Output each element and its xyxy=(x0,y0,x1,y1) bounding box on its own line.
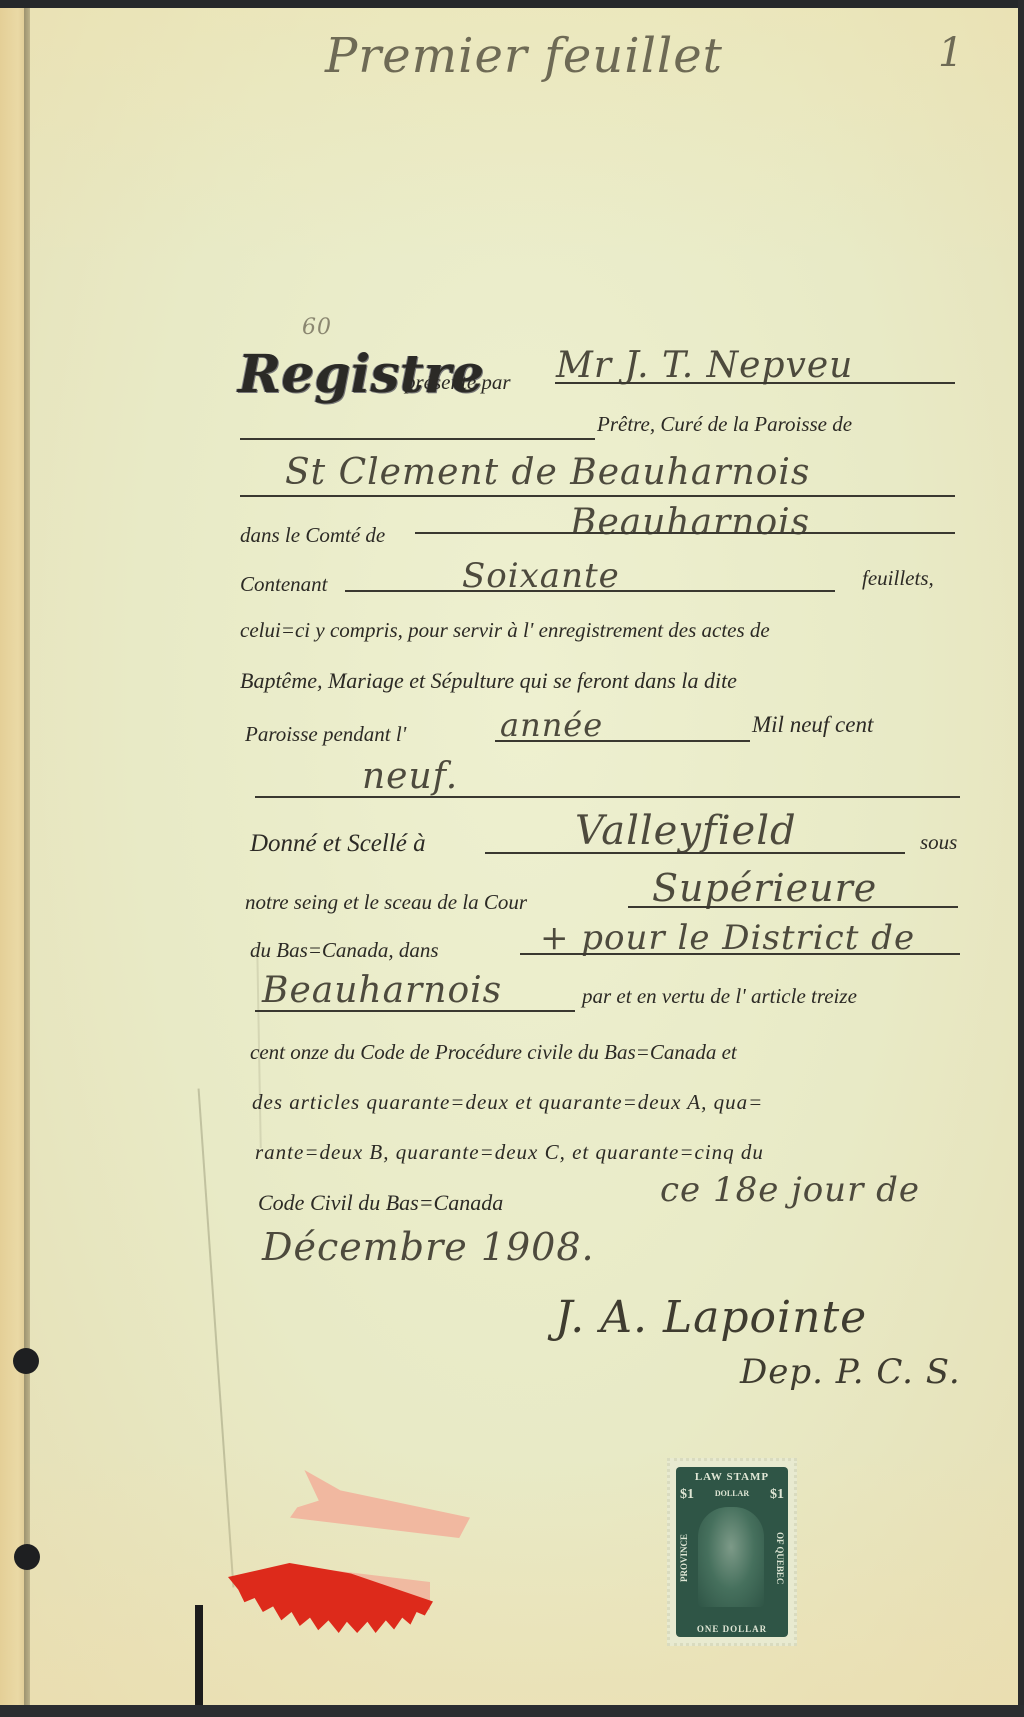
scan-border-top xyxy=(0,0,1024,8)
form-text-line17: Code Civil du Bas=Canada xyxy=(258,1190,503,1216)
fold-crease xyxy=(198,1089,235,1588)
form-rule xyxy=(240,438,595,440)
law-stamp-side-left: PROVINCE xyxy=(679,1513,693,1603)
scan-border-bottom xyxy=(0,1705,1024,1717)
form-rule xyxy=(555,382,955,384)
form-rule xyxy=(255,796,960,798)
form-text-line12: du Bas=Canada, dans xyxy=(250,938,439,963)
law-stamp: LAW STAMP $1 DOLLAR $1 PROVINCE OF QUEBE… xyxy=(667,1458,797,1646)
field-district-name: Beauharnois xyxy=(262,970,502,1011)
margin-note: 60 xyxy=(302,315,332,340)
form-text-line16: rante=deux B, quarante=deux C, et quaran… xyxy=(255,1140,764,1165)
punch-hole xyxy=(13,1348,39,1374)
form-text-line13: par et en vertu de l' article treize xyxy=(582,984,857,1009)
register-page xyxy=(30,8,1018,1705)
field-paroisse: St Clement de Beauharnois xyxy=(285,452,810,493)
form-text-line14: cent onze du Code de Procédure civile du… xyxy=(250,1040,737,1065)
punch-hole xyxy=(14,1544,40,1570)
law-stamp-bottom-text: ONE DOLLAR xyxy=(676,1624,788,1634)
form-rule xyxy=(345,590,835,592)
form-label-feuillets: feuillets, xyxy=(862,566,934,591)
law-stamp-value-right: $1 xyxy=(770,1487,784,1503)
form-label-presente-par: présenté par xyxy=(405,370,511,395)
law-stamp-design: LAW STAMP $1 DOLLAR $1 PROVINCE OF QUEBE… xyxy=(676,1467,788,1637)
field-mois-annee: Décembre 1908. xyxy=(262,1225,595,1269)
page-tear xyxy=(195,1605,203,1705)
field-lieu: Valleyfield xyxy=(575,808,797,854)
justice-figure-icon xyxy=(698,1507,764,1607)
field-annee: neuf. xyxy=(362,756,458,797)
form-label-sous: sous xyxy=(920,830,957,855)
form-text-line15: des articles quarante=deux et quarante=d… xyxy=(252,1090,763,1115)
field-periode: année xyxy=(500,706,603,744)
page-number: 1 xyxy=(938,30,964,76)
field-jour: ce 18e jour de xyxy=(660,1170,920,1210)
form-rule xyxy=(415,532,955,534)
form-text-line7: Baptême, Mariage et Sépulture qui se fer… xyxy=(240,668,737,694)
form-rule xyxy=(520,953,960,955)
form-label-pretre-cure: Prêtre, Curé de la Paroisse de xyxy=(597,412,852,437)
field-cour: Supérieure xyxy=(652,866,877,910)
field-presenter-name: Mr J. T. Nepveu xyxy=(556,345,853,386)
header-annotation: Premier feuillet xyxy=(325,28,723,84)
signature-title: Dep. P. C. S. xyxy=(740,1352,961,1392)
law-stamp-side-right: OF QUEBEC xyxy=(771,1513,785,1603)
form-text-line11: notre seing et le sceau de la Cour xyxy=(245,890,527,915)
form-rule xyxy=(485,852,905,854)
form-label-comte: dans le Comté de xyxy=(240,523,385,548)
form-label-mil-neuf-cent: Mil neuf cent xyxy=(752,712,873,738)
field-district: + pour le District de xyxy=(540,918,915,958)
scan-border-right xyxy=(1018,0,1024,1717)
form-label-contenant: Contenant xyxy=(240,572,328,597)
form-label-paroisse-pendant: Paroisse pendant l' xyxy=(245,722,406,747)
form-rule xyxy=(255,1010,575,1012)
form-rule xyxy=(495,740,750,742)
signature-name: J. A. Lapointe xyxy=(555,1292,867,1343)
form-rule xyxy=(628,906,958,908)
field-comte: Beauharnois xyxy=(570,502,810,543)
form-rule xyxy=(240,495,955,497)
law-stamp-top-text: LAW STAMP xyxy=(676,1471,788,1483)
form-label-donne-scelle: Donné et Scellé à xyxy=(250,830,426,858)
form-text-line6: celui=ci y compris, pour servir à l' enr… xyxy=(240,618,770,643)
